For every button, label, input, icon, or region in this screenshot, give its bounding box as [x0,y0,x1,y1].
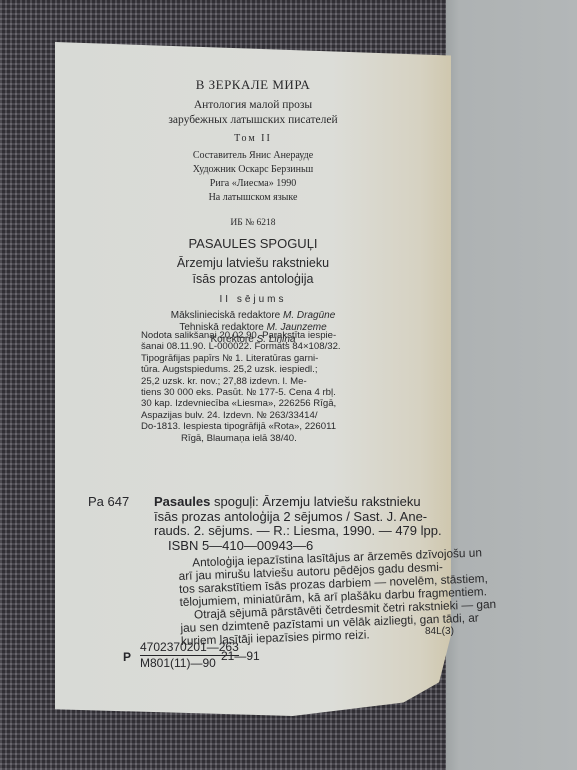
latvian-volume: II sējums [55,294,451,305]
production-line: tūra. Augstspiedums. 25,2 uzsk. iespiedl… [141,364,371,375]
price-code-letter: P [123,650,131,664]
staff-art-editor: Mākslinieciskā redaktore M. Dragūne [55,310,451,321]
production-line: tiens 30 000 eks. Pasūt. № 177-5. Cena 4… [141,387,371,398]
russian-title: В ЗЕРКАЛЕ МИРА [55,77,451,93]
ib-number: ИБ № 6218 [55,218,451,228]
catalog-line-3: rauds. 2. sējums. — R.: Liesma, 1990. — … [154,524,454,539]
production-line: 25,2 uzsk. kr. nov.; 27,88 izdevn. l. Me… [141,376,371,387]
catalog-title-rest: spoguļi: Ārzemju latviešu rakstnieku [210,494,420,509]
russian-artist: Художник Оскарс Берзиньш [55,164,451,175]
staff-name: M. Dragūne [283,310,335,321]
production-line: Aspazijas bulv. 24. Izdevn. № 263/33414/ [141,410,371,421]
catalog-line-2: īsās prozas antoloģija 2 sējumos / Sast.… [154,510,454,525]
production-line: Tipogrāfijas papīrs № 1. Literatūras gar… [141,353,371,364]
catalog-title-bold: Pasaules [154,494,210,509]
staff-role: Mākslinieciskā redaktore [171,310,281,321]
production-line: Nodota salikšanai 20.02.90. Parakstīta i… [141,330,371,341]
production-details: Nodota salikšanai 20.02.90. Parakstīta i… [141,330,371,444]
catalog-line-1: Pasaules spoguļi: Ārzemju latviešu rakst… [154,495,454,510]
production-line: Rīgā, Blaumaņa ielā 38/40. [141,433,371,444]
catalog-code: Pa 647 [88,495,129,510]
production-line: šanai 08.11.90. L-000022. Formāts 84×108… [141,341,371,352]
shelf-mark: 84L(3) [425,626,454,637]
latvian-title: PASAULES SPOGUĻI [55,236,451,251]
russian-publisher: Рига «Лиесма» 1990 [55,178,451,189]
production-line: Do-1813. Iespiesta tipogrāfijā «Rota», 2… [141,421,371,432]
russian-subtitle-2: зарубежных латышских писателей [55,114,451,126]
latvian-subtitle-1: Ārzemju latviešu rakstnieku [55,256,451,270]
latvian-subtitle-2: īsās prozas antoloģija [55,272,451,286]
russian-volume: Том II [55,133,451,144]
russian-compiler: Составитель Янис Анерауде [55,150,451,161]
production-line: 30 kap. Izdevniecība «Liesma», 226256 Rī… [141,398,371,409]
russian-language-note: На латышском языке [55,192,451,203]
facing-page [446,0,577,770]
russian-subtitle-1: Антология малой прозы [55,99,451,111]
price-code-suffix: 21—91 [221,649,260,663]
